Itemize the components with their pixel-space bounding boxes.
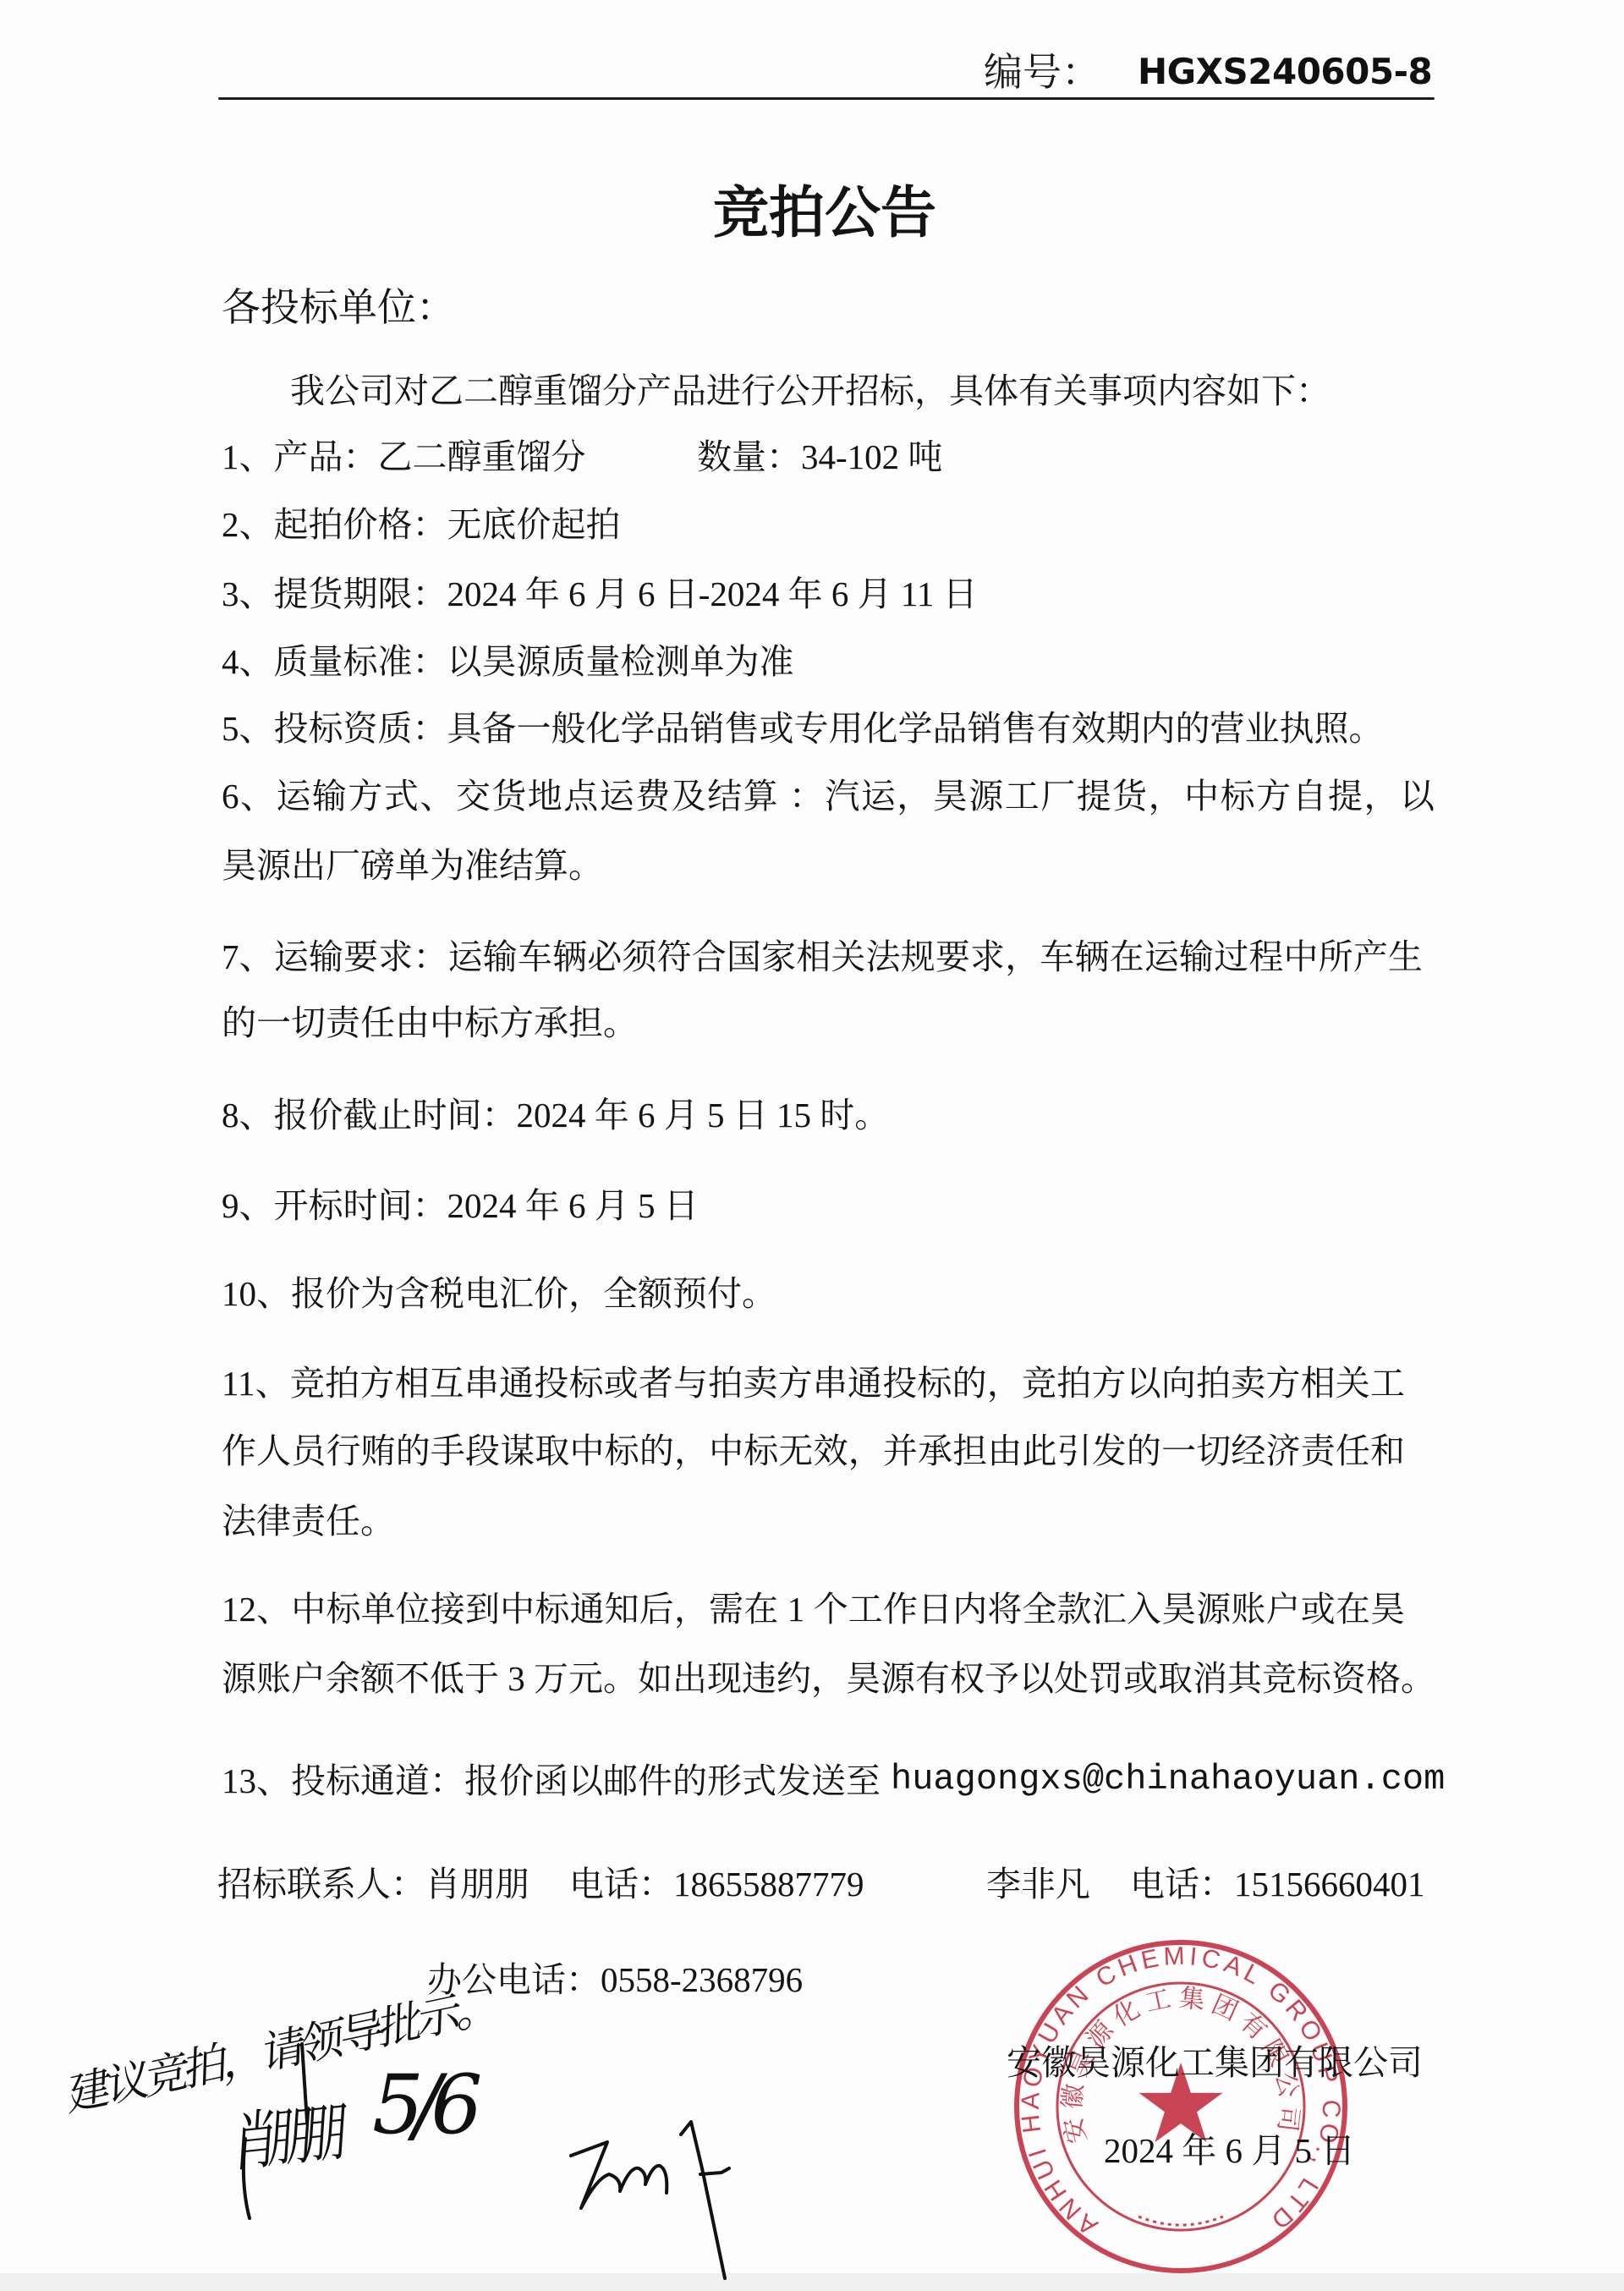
term-item-12-line-2: 源账户余额不低于 3 万元。如出现违约，昊源有权予以处罚或取消其竞标资格。 (222, 1661, 1430, 1696)
term-item-2: 2、起拍价格：无底价起拍 (222, 507, 621, 542)
term-item-9: 9、开标时间：2024 年 6 月 5 日 (222, 1188, 699, 1223)
header-divider (218, 97, 1435, 100)
term-item-13: 13、投标通道：报价函以邮件的形式发送至 (222, 1763, 881, 1799)
contact-1-phone-number: 18655887779 (673, 1865, 864, 1904)
bid-email-address: huagongxs@chinahaoyuan.com (891, 1761, 1445, 1797)
term-item-1-quantity: 数量：34-102 吨 (697, 439, 942, 475)
term-item-11-line-1: 11、竞拍方相互串通投标或者与拍卖方串通投标的，竞拍方以向拍卖方相关工 (222, 1365, 1405, 1401)
document-number-label: 编号： (984, 52, 1100, 91)
document-number: HGXS240605-8 (1138, 52, 1432, 91)
contact-1-phone-label: 电话： (569, 1865, 673, 1904)
term-item-7-line-1: 7、运输要求：运输车辆必须符合国家相关法规要求，车辆在运输过程中所产生 (222, 939, 1423, 975)
contact-1-name: 肖朋朋 (425, 1866, 529, 1902)
handwriting-strokes (0, 0, 1624, 2291)
salutation: 各投标单位： (222, 288, 455, 327)
approval-signature-mark-stem (681, 2122, 725, 2278)
contact-2-phone-label: 电话： (1130, 1865, 1234, 1904)
term-item-11-line-2: 作人员行贿的手段谋取中标的，中标无效，并承担由此引发的一切经济责任和 (222, 1433, 1405, 1469)
term-item-8: 8、报价截止时间：2024 年 6 月 5 日 15 时。 (222, 1097, 889, 1133)
term-item-7-line-2: 的一切责任由中标方承担。 (222, 1005, 638, 1041)
company-seal: ANHUI HAOYUAN CHEMICAL GROUP CO., LTD 安徽… (1012, 1937, 1350, 2276)
term-item-10: 10、报价为含税电汇价，全额预付。 (222, 1276, 776, 1311)
approval-signature-mark-bar (700, 2168, 729, 2174)
seal-serial-number (1138, 2217, 1223, 2225)
intro-paragraph: 我公司对乙二醇重馏分产品进行公开招标，具体有关事项内容如下： (290, 373, 1330, 409)
term-item-12-line-1: 12、中标单位接到中标通知后，需在 1 个工作日内将全款汇入昊源账户或在昊 (222, 1591, 1405, 1627)
term-item-4: 4、质量标准：以昊源质量检测单为准 (222, 644, 794, 679)
term-item-5: 5、投标资质：具备一般化学品销售或专用化学品销售有效期内的营业执照。 (222, 711, 1384, 746)
approval-signature-mark (571, 2142, 667, 2208)
term-item-1: 1、产品：乙二醇重馏分 (222, 439, 586, 475)
handwritten-signature: 肖朋朋 (227, 2101, 337, 2175)
scan-edge-shadow (0, 2273, 1624, 2291)
contact-label: 招标联系人： (217, 1866, 425, 1902)
term-item-3: 3、提货期限：2024 年 6 月 6 日-2024 年 6 月 11 日 (222, 576, 978, 612)
office-phone-number: 0558-2368796 (601, 1960, 803, 1999)
term-item-6-line-1: 6、运输方式、交货地点运费及结算 ：汽运，昊源工厂提货，中标方自提，以 (222, 778, 1435, 814)
term-item-11-line-3: 法律责任。 (222, 1503, 395, 1539)
contact-2-phone-number: 15156660401 (1234, 1865, 1425, 1904)
company-name: 安徽昊源化工集团有限公司 (1007, 2045, 1423, 2080)
contact-1-phone: 电话：18655887779 (569, 1866, 864, 1902)
contact-2-name: 李非凡 (986, 1866, 1090, 1902)
page-title: 竞拍公告 (713, 186, 936, 242)
signoff-date: 2024 年 6 月 5 日 (1104, 2133, 1355, 2168)
handwritten-date: 5/6 (372, 2064, 473, 2145)
term-item-6-line-2: 昊源出厂磅单为准结算。 (222, 848, 603, 883)
contact-2-phone: 电话：15156660401 (1130, 1866, 1425, 1902)
